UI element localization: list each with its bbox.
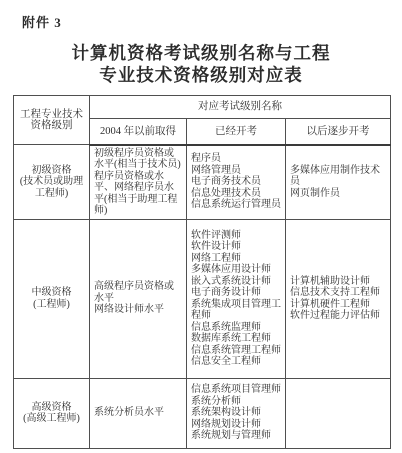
group-header-cell: 对应考试级别名称 [90, 96, 391, 119]
col-header-already-open: 已经开考 [187, 119, 286, 145]
level-cell-intermediate: 中级资格 (工程师) [14, 219, 90, 378]
future-cell-intermediate: 计算机辅助设计师 信息技术支持工程师 计算机硬件工程师 软件过程能力评估师 [286, 219, 391, 378]
col-header-pre-2004: 2004 年以前取得 [90, 119, 187, 145]
level-cell-junior: 初级资格 (技术员或助理工程师) [14, 145, 90, 220]
attachment-label: 附件 3 [22, 12, 62, 31]
title-line-2: 专业技术资格级别对应表 [0, 64, 402, 86]
pre-2004-cell-intermediate: 高级程序员资格或水平 网络设计师水平 [90, 219, 187, 378]
started-cell-senior: 信息系统项目管理师 系统分析师 系统架构设计师 网络规划设计师 系统规划与管理师 [187, 378, 286, 448]
pre-2004-cell-senior: 系统分析员水平 [90, 378, 187, 448]
table-row-junior: 初级资格 (技术员或助理工程师) 初级程序员资格或水平(相当于技术员)程序员资格… [14, 145, 391, 220]
table-header-row-group: 工程专业技术资格级别 对应考试级别名称 [14, 96, 391, 119]
table-row-senior: 高级资格 (高级工程师) 系统分析员水平 信息系统项目管理师 系统分析师 系统架… [14, 378, 391, 448]
document-page: 附件 3 计算机资格考试级别名称与工程 专业技术资格级别对应表 工程专业技术资格… [0, 0, 402, 453]
document-title: 计算机资格考试级别名称与工程 专业技术资格级别对应表 [0, 42, 402, 86]
title-line-1: 计算机资格考试级别名称与工程 [0, 42, 402, 64]
qualification-correspondence-table: 工程专业技术资格级别 对应考试级别名称 2004 年以前取得 已经开考 以后逐步… [13, 95, 391, 449]
table-row-intermediate: 中级资格 (工程师) 高级程序员资格或水平 网络设计师水平 软件评测师 软件设计… [14, 219, 391, 378]
level-cell-senior: 高级资格 (高级工程师) [14, 378, 90, 448]
started-cell-junior: 程序员 网络管理员 电子商务技术员 信息处理技术员 信息系统运行管理员 [187, 145, 286, 220]
corner-header-cell: 工程专业技术资格级别 [14, 96, 90, 145]
col-header-future-open: 以后逐步开考 [286, 119, 391, 145]
future-cell-junior: 多媒体应用制作技术员 网页制作员 [286, 145, 391, 220]
future-cell-senior [286, 378, 391, 448]
pre-2004-cell-junior: 初级程序员资格或水平(相当于技术员)程序员资格或水平、网络程序员水平(相当于助理… [90, 145, 187, 220]
started-cell-intermediate: 软件评测师 软件设计师 网络工程师 多媒体应用设计师 嵌入式系统设计师 电子商务… [187, 219, 286, 378]
